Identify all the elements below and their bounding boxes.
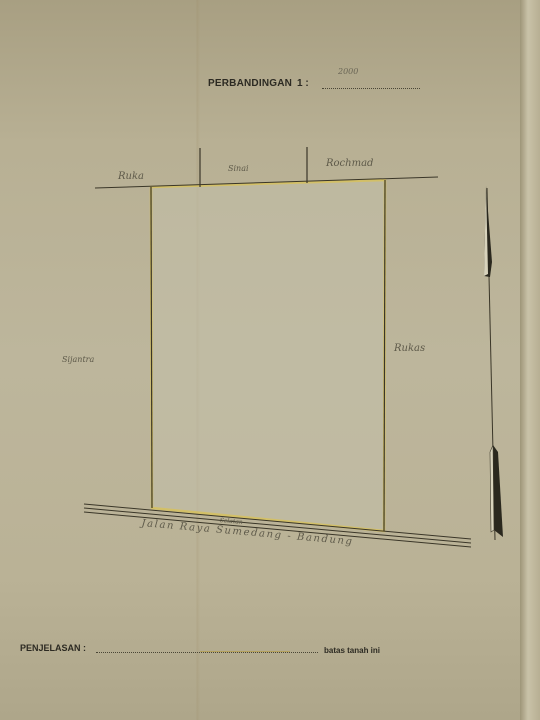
explanation-highlight-sample xyxy=(200,651,290,652)
neighbor-north-middle: Sinai xyxy=(228,164,249,173)
neighbor-west: Sijantra xyxy=(62,355,94,364)
explanation-label: PENJELASAN : xyxy=(20,643,86,653)
neighbor-east: Rukas xyxy=(394,343,425,354)
neighbor-north-left: Ruka xyxy=(118,171,144,182)
explanation-suffix: batas tanah ini xyxy=(324,646,380,655)
neighbor-north-right: Rochmad xyxy=(326,158,373,169)
parcel-area xyxy=(151,180,385,531)
north-arrow-icon xyxy=(484,186,503,540)
